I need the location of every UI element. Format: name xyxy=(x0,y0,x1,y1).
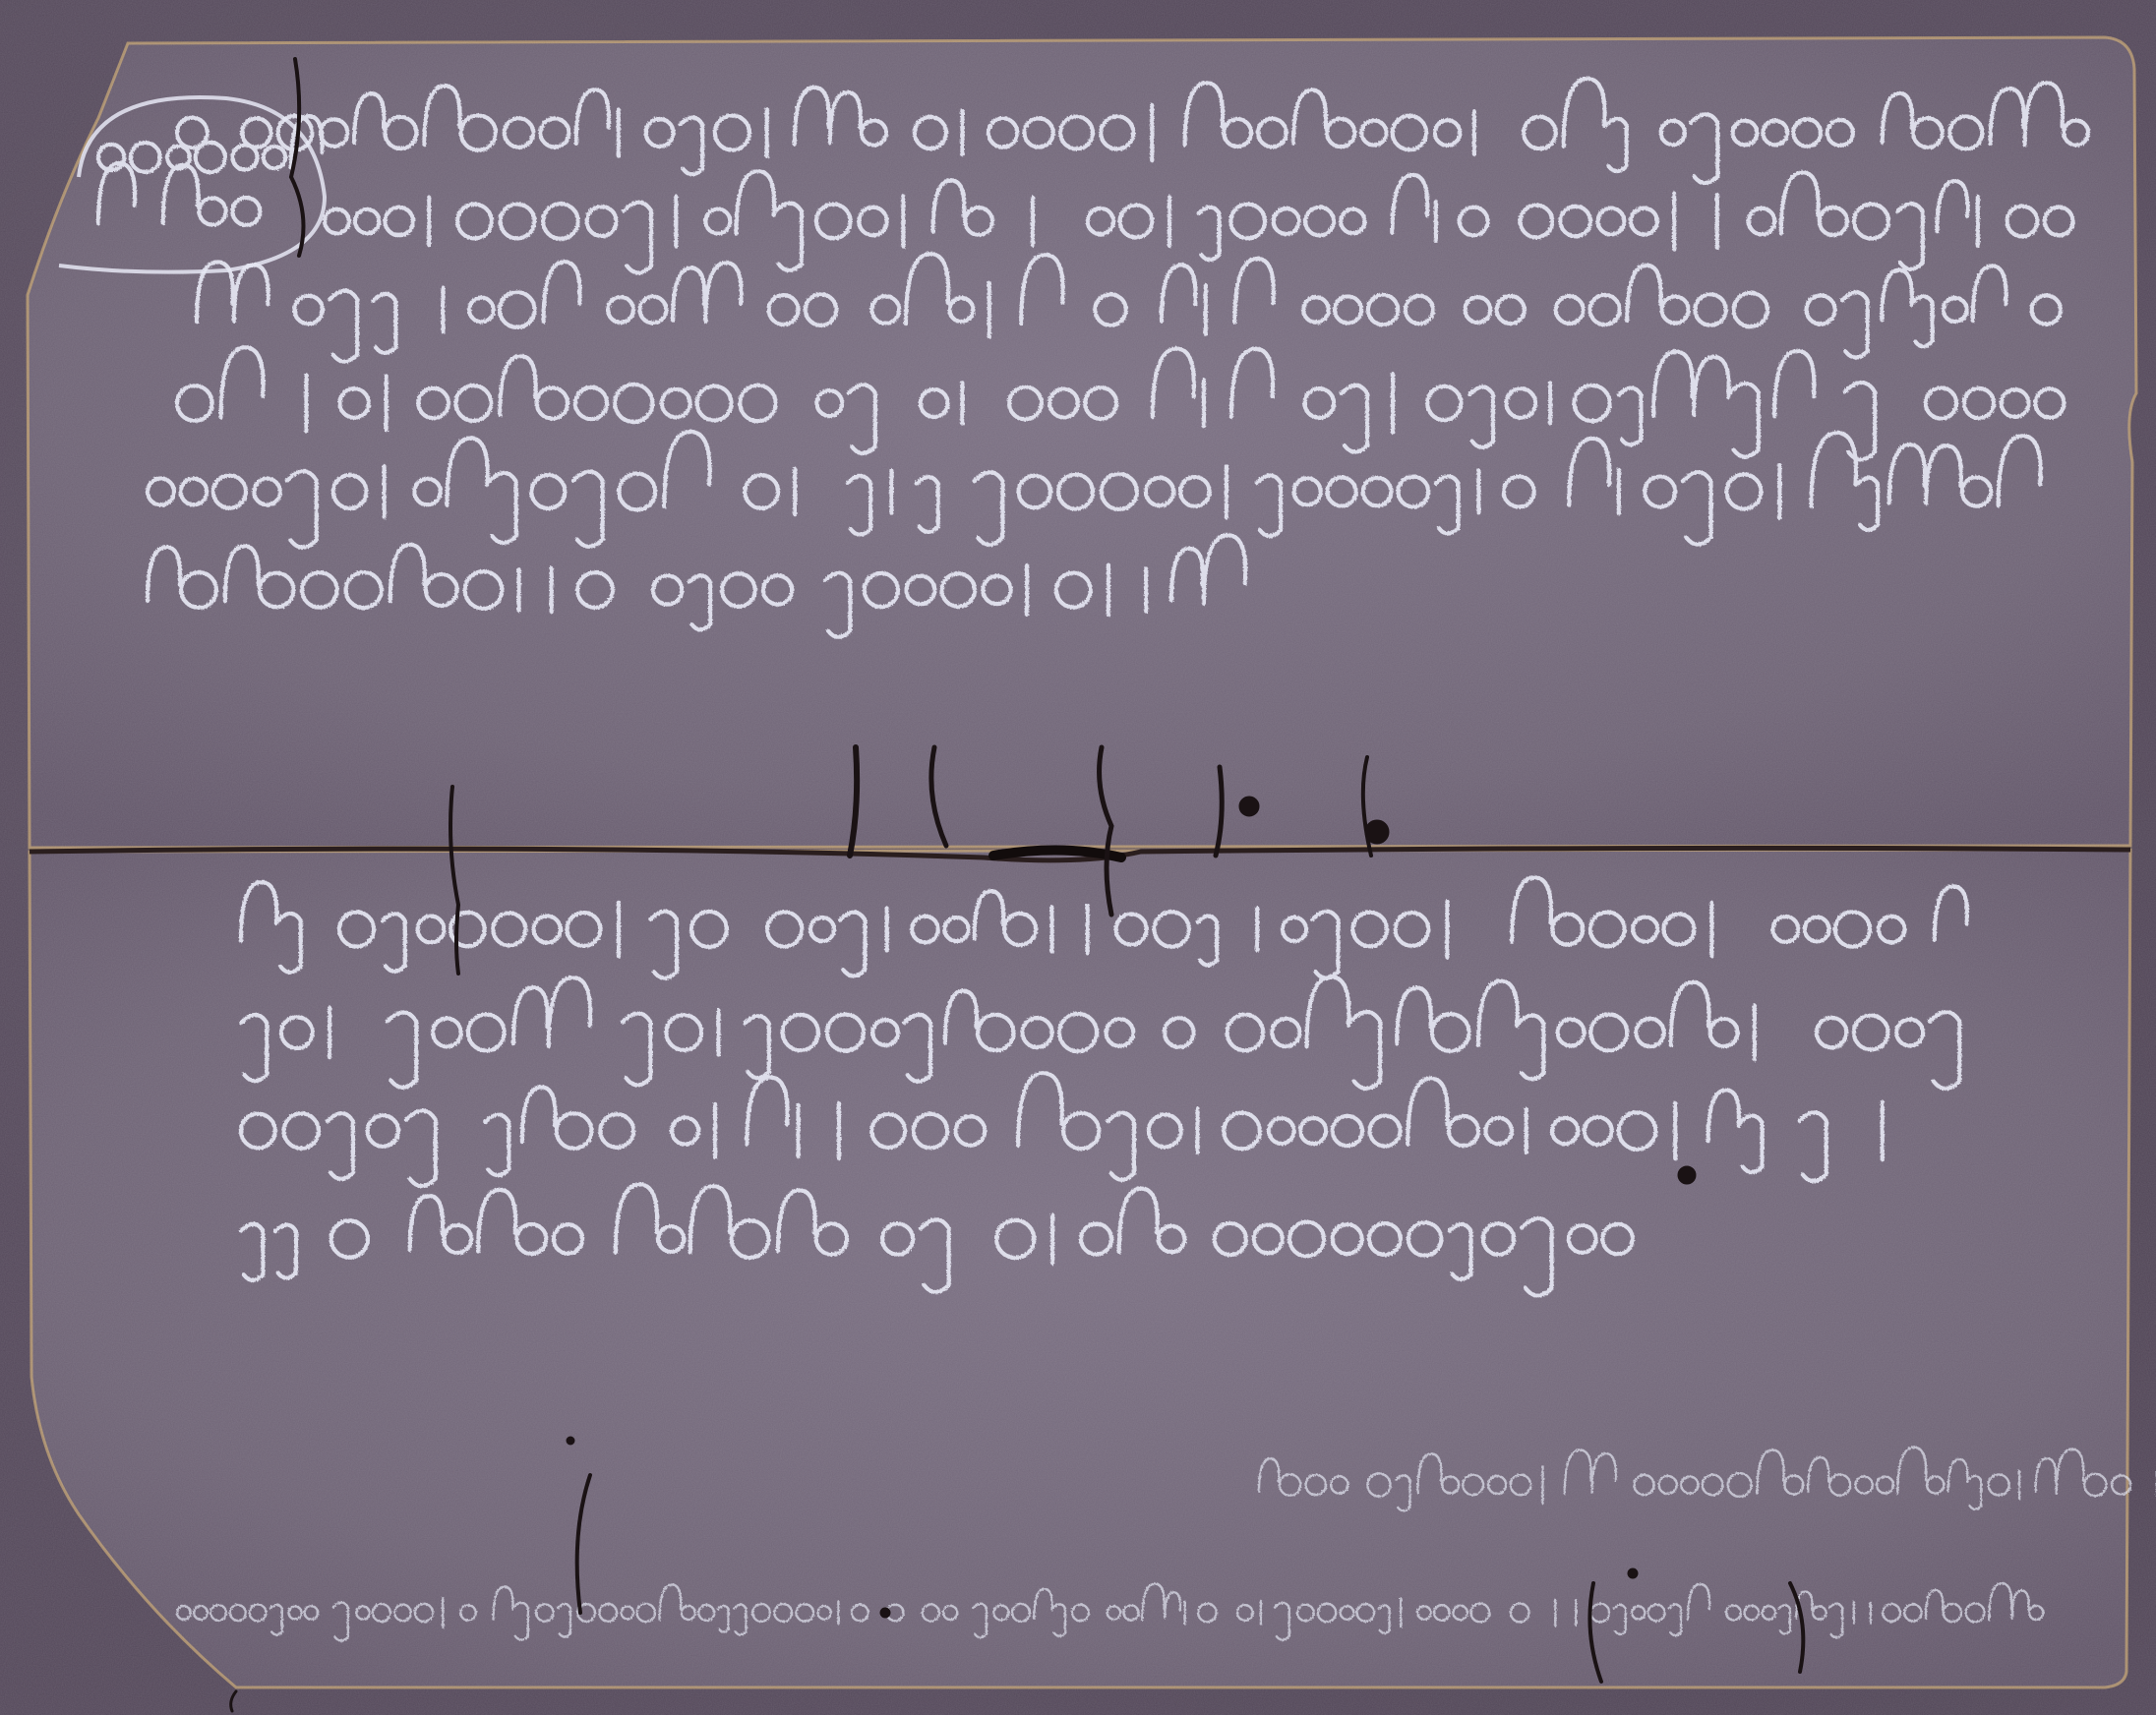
manuscript-photo xyxy=(0,0,2156,1715)
